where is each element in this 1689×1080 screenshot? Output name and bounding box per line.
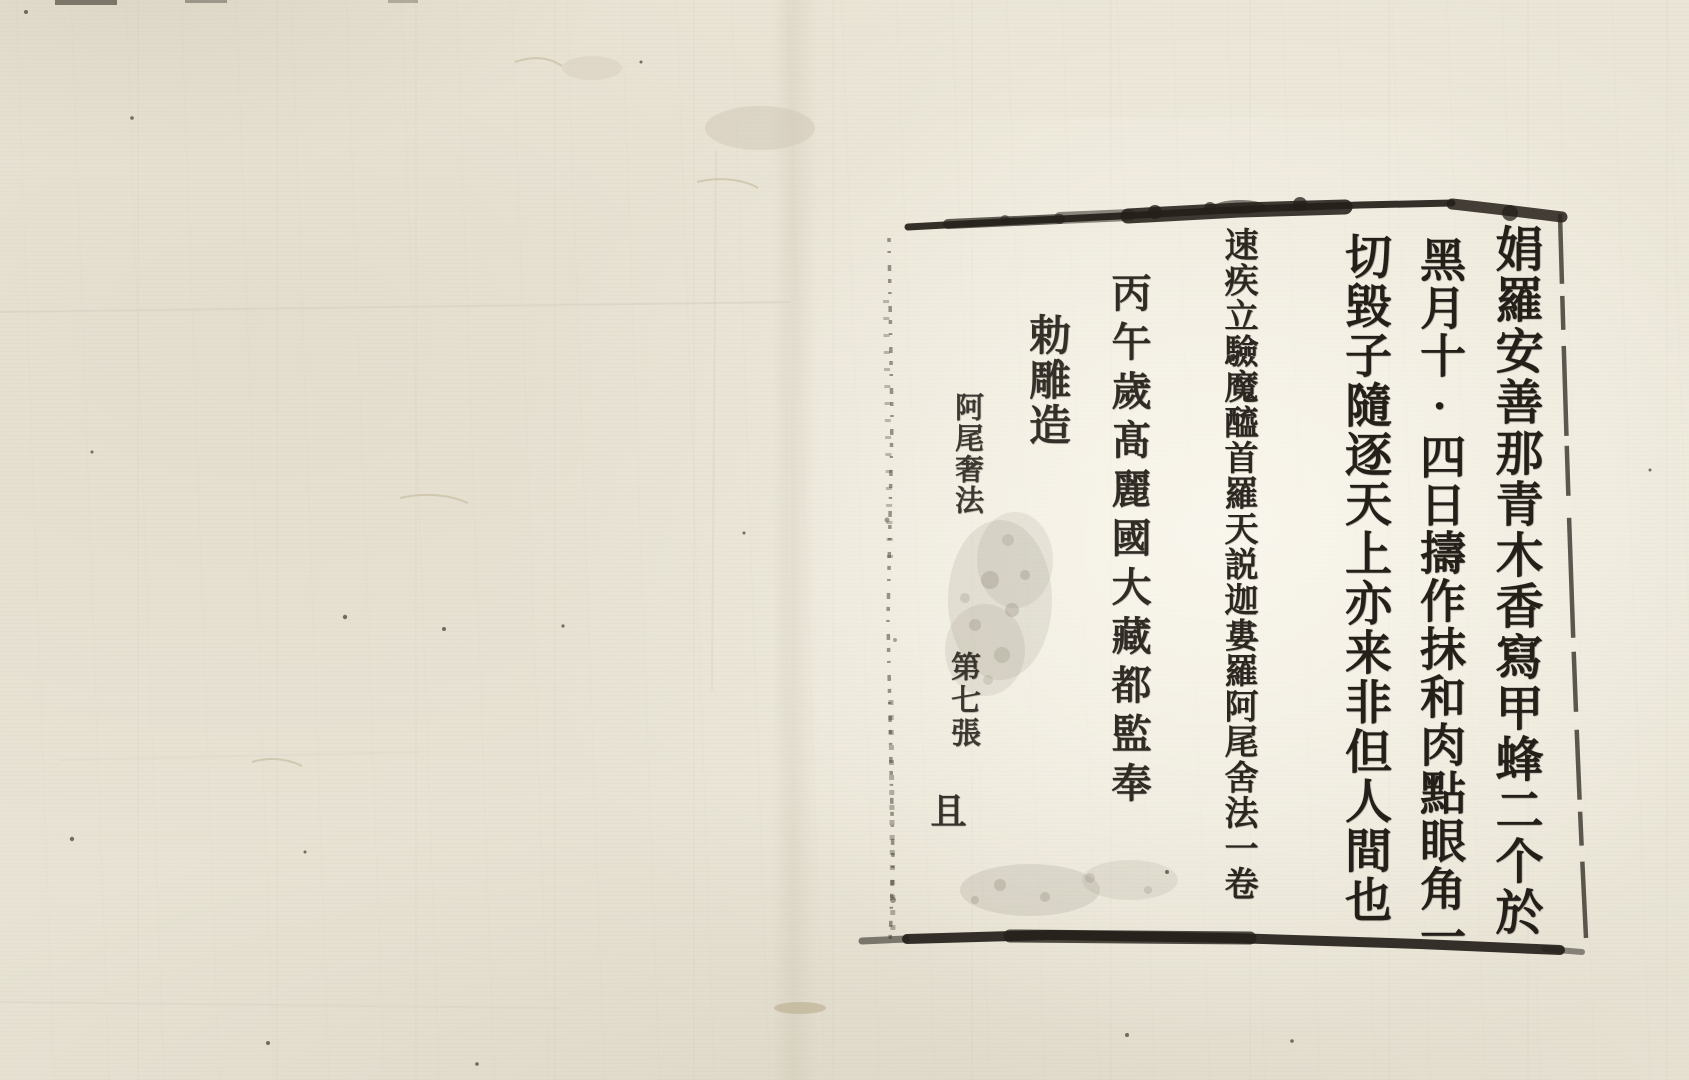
text-column-body-2: 黑月十·四日擣作抹和肉點眼角一	[1406, 236, 1472, 966]
text-column-sutra-title: 速疾立驗魔醯首羅天説迦婁羅阿尾舍法一卷	[1213, 227, 1262, 927]
margin-case-mark: 且	[921, 792, 972, 842]
margin-running-title: 阿尾奢法	[947, 392, 988, 532]
text-column-body-3: 切毀子隨逐天上亦来非但人間也	[1331, 232, 1398, 962]
text-column-body-1: 娟羅安善那青木香寫甲蜂二个於	[1480, 224, 1549, 964]
text-column-colophon-line1: 丙午歲髙麗國大藏都監奉	[1100, 272, 1157, 852]
scanned-page: { "page": { "body_columns": [ { "text": …	[0, 0, 1689, 1080]
margin-sheet-number: 第七張	[940, 651, 984, 766]
text-column-colophon-line2: 勅雕造	[1016, 313, 1076, 473]
